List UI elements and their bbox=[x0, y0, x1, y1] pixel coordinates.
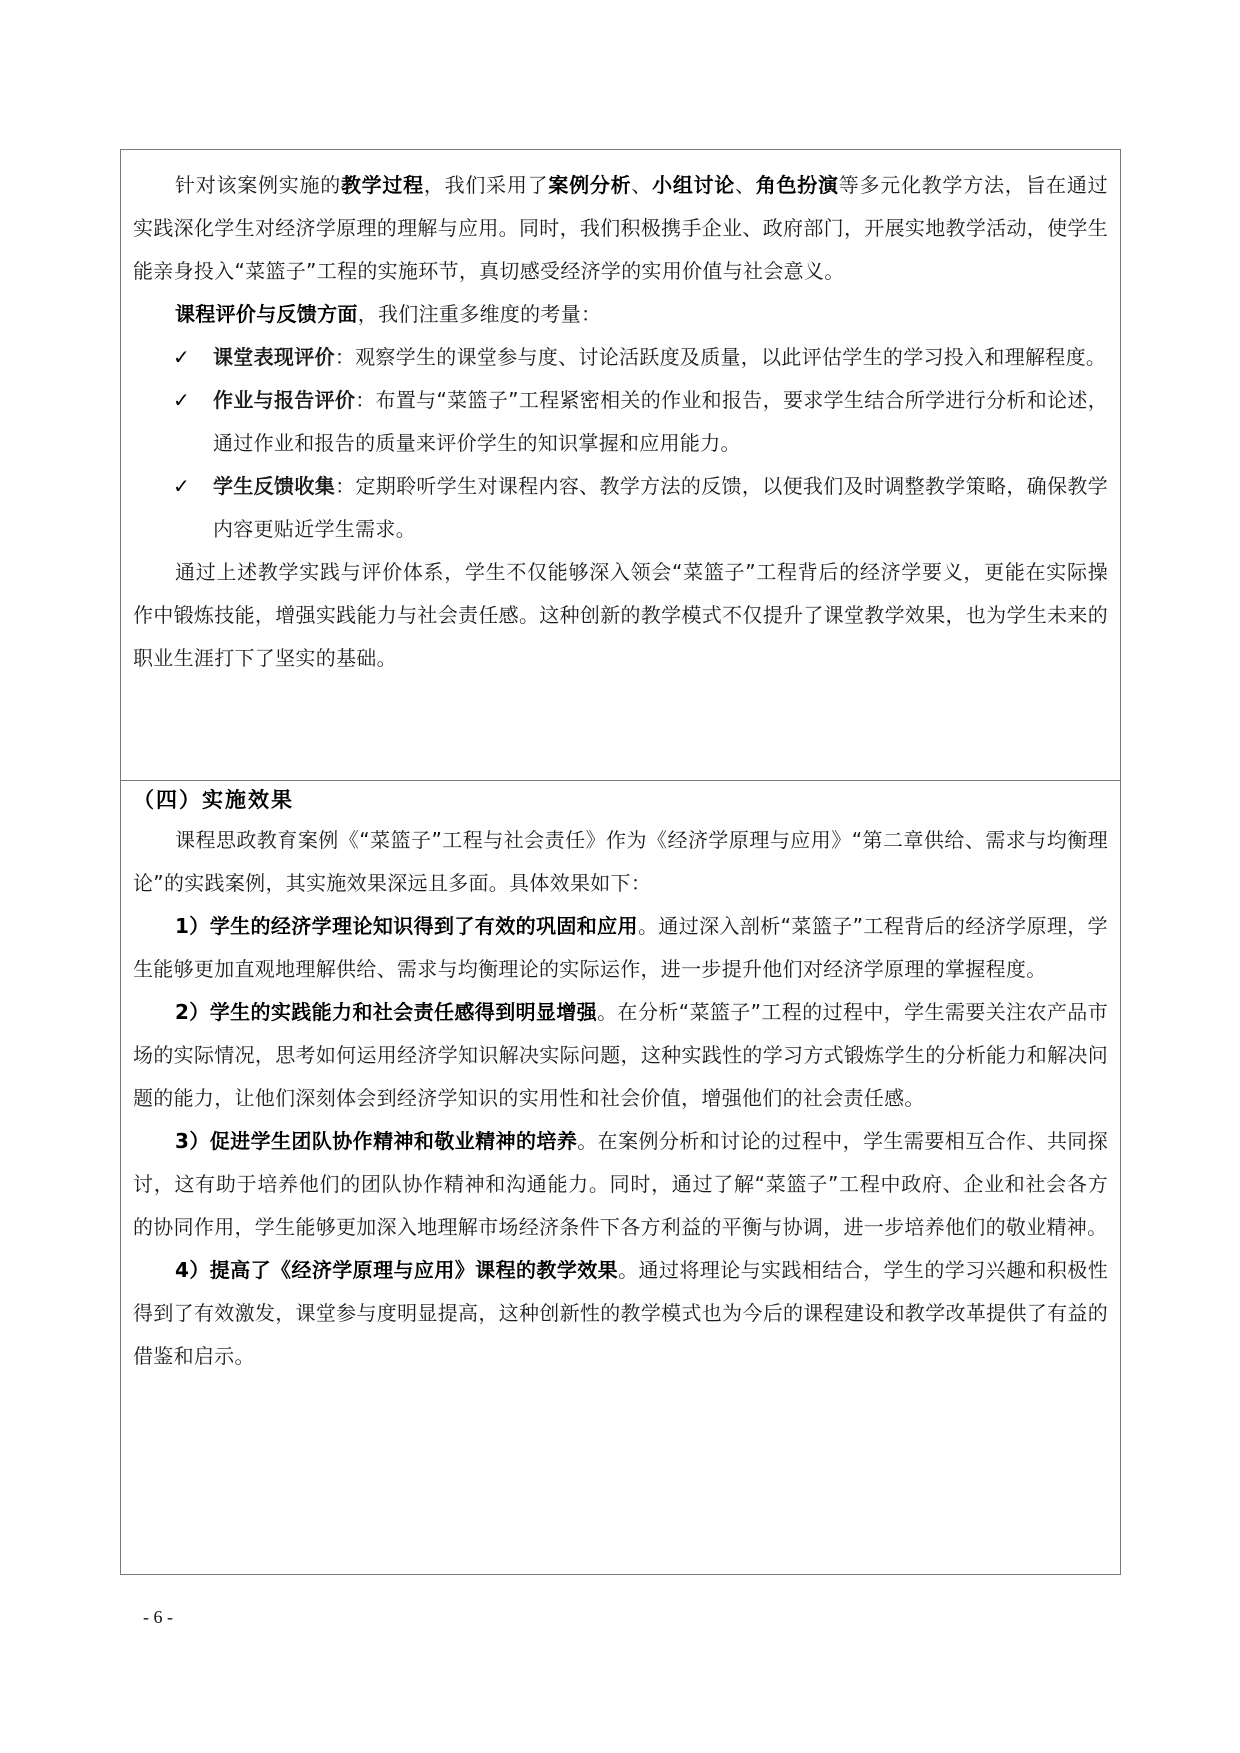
text-run: 、 bbox=[631, 173, 652, 197]
checklist-text: 作业与报告评价：布置与“菜篮子”工程紧密相关的作业和报告，要求学生结合所学进行分… bbox=[213, 379, 1108, 465]
checklist-text: 课堂表现评价：观察学生的课堂参与度、讨论活跃度及质量，以此评估学生的学习投入和理… bbox=[213, 336, 1108, 379]
emphasis-group-discussion: 小组讨论 bbox=[652, 173, 735, 197]
effect-item-1: 1）学生的经济学理论知识得到了有效的巩固和应用。通过深入剖析“菜篮子”工程背后的… bbox=[133, 905, 1108, 991]
effect-label: 2）学生的实践能力和社会责任感得到明显增强 bbox=[175, 1000, 597, 1024]
implementation-effects-cell: （四）实施效果 课程思政教育案例《“菜篮子”工程与社会责任》作为《经济学原理与应… bbox=[121, 781, 1121, 1575]
checklist-label: 学生反馈收集 bbox=[213, 474, 335, 498]
checklist-item-student-feedback: ✓ 学生反馈收集：定期聆听学生对课程内容、教学方法的反馈，以便我们及时调整教学策… bbox=[133, 465, 1108, 551]
checklist-label: 课堂表现评价 bbox=[213, 345, 335, 369]
text-run: ，我们注重多维度的考量： bbox=[358, 302, 602, 326]
text-run: 针对该案例实施的 bbox=[175, 173, 341, 197]
document-table: 针对该案例实施的教学过程，我们采用了案例分析、小组讨论、角色扮演等多元化教学方法… bbox=[120, 149, 1121, 1575]
effect-label: 1）学生的经济学理论知识得到了有效的巩固和应用 bbox=[175, 914, 638, 938]
effect-label: 4）提高了《经济学原理与应用》课程的教学效果 bbox=[175, 1258, 618, 1282]
checklist-text: 学生反馈收集：定期聆听学生对课程内容、教学方法的反馈，以便我们及时调整教学策略，… bbox=[213, 465, 1108, 551]
checkmark-icon: ✓ bbox=[133, 465, 213, 508]
checkmark-icon: ✓ bbox=[133, 336, 213, 379]
checkmark-icon: ✓ bbox=[133, 379, 213, 422]
text-run: 、 bbox=[735, 173, 756, 197]
text-run: ，我们采用了 bbox=[424, 173, 548, 197]
page-number: - 6 - bbox=[143, 1607, 173, 1628]
teaching-process-cell: 针对该案例实施的教学过程，我们采用了案例分析、小组讨论、角色扮演等多元化教学方法… bbox=[121, 150, 1121, 781]
effect-item-3: 3）促进学生团队协作精神和敬业精神的培养。在案例分析和讨论的过程中，学生需要相互… bbox=[133, 1120, 1108, 1249]
emphasis-case-analysis: 案例分析 bbox=[548, 173, 631, 197]
teaching-process-paragraph: 针对该案例实施的教学过程，我们采用了案例分析、小组讨论、角色扮演等多元化教学方法… bbox=[133, 164, 1108, 293]
checklist-body: ：观察学生的课堂参与度、讨论活跃度及质量，以此评估学生的学习投入和理解程度。 bbox=[335, 345, 1106, 369]
effects-intro-paragraph: 课程思政教育案例《“菜篮子”工程与社会责任》作为《经济学原理与应用》“第二章供给… bbox=[133, 819, 1108, 905]
emphasis-evaluation-feedback: 课程评价与反馈方面 bbox=[175, 302, 358, 326]
evaluation-intro-paragraph: 课程评价与反馈方面，我们注重多维度的考量： bbox=[133, 293, 1108, 336]
summary-paragraph: 通过上述教学实践与评价体系，学生不仅能够深入领会“菜篮子”工程背后的经济学要义，… bbox=[133, 551, 1108, 680]
effect-label: 3）促进学生团队协作精神和敬业精神的培养 bbox=[175, 1129, 577, 1153]
checklist-item-homework-report: ✓ 作业与报告评价：布置与“菜篮子”工程紧密相关的作业和报告，要求学生结合所学进… bbox=[133, 379, 1108, 465]
checklist-item-classroom-performance: ✓ 课堂表现评价：观察学生的课堂参与度、讨论活跃度及质量，以此评估学生的学习投入… bbox=[133, 336, 1108, 379]
section-heading: （四）实施效果 bbox=[133, 781, 1108, 819]
effect-item-4: 4）提高了《经济学原理与应用》课程的教学效果。通过将理论与实践相结合，学生的学习… bbox=[133, 1249, 1108, 1378]
effect-item-2: 2）学生的实践能力和社会责任感得到明显增强。在分析“菜篮子”工程的过程中，学生需… bbox=[133, 991, 1108, 1120]
emphasis-role-play: 角色扮演 bbox=[756, 173, 839, 197]
checklist-label: 作业与报告评价 bbox=[213, 388, 355, 412]
checklist-body: ：定期聆听学生对课程内容、教学方法的反馈，以便我们及时调整教学策略，确保教学内容… bbox=[213, 474, 1108, 541]
emphasis-teaching-process: 教学过程 bbox=[341, 173, 424, 197]
